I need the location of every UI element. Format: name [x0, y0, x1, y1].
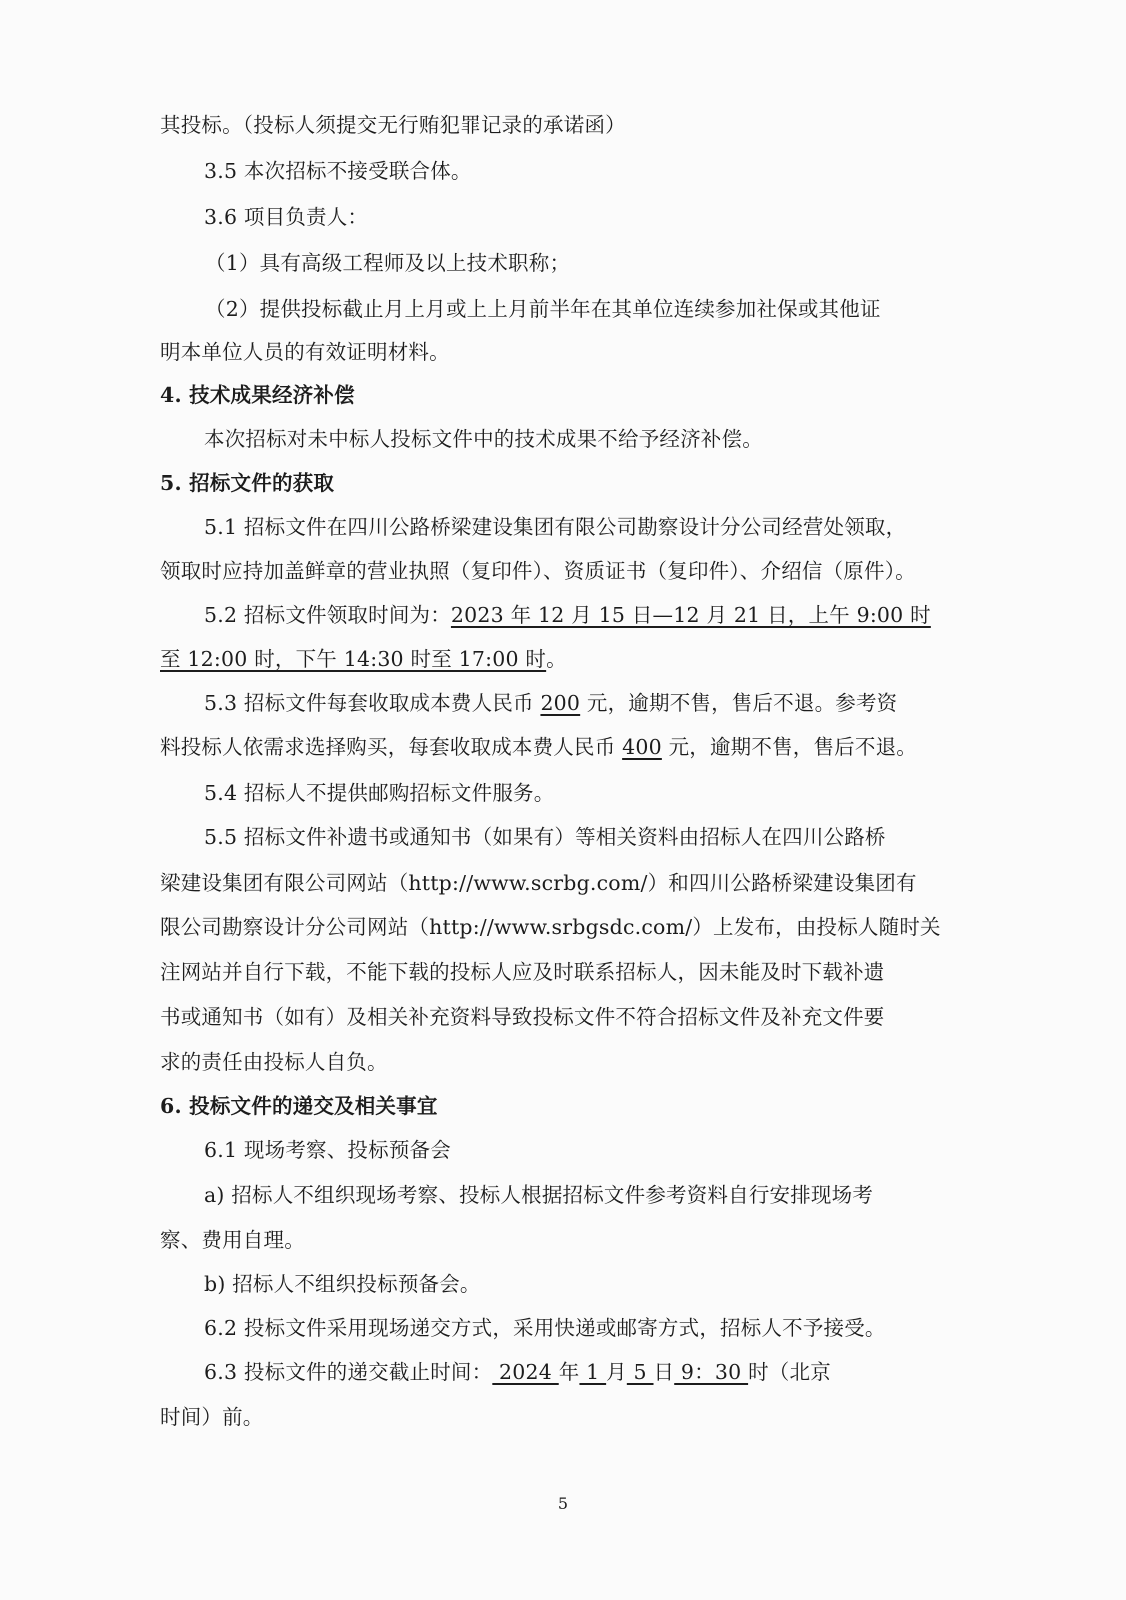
text-line: 限公司勘察设计分公司网站（http://www.srbgsdc.com/）上发布… [160, 913, 950, 941]
text-line: 6.2 投标文件采用现场递交方式，采用快递或邮寄方式，招标人不予接受。 [204, 1314, 994, 1342]
text-line: 6.3 投标文件的递交截止时间： 2024 年 1 月 5 日 9：30 时（北… [204, 1358, 994, 1386]
text-line: 5.2 招标文件领取时间为：2023 年 12 月 15 日—12 月 21 日… [204, 601, 994, 629]
text-line: （1）具有高级工程师及以上技术职称； [205, 249, 995, 277]
text-line: a) 招标人不组织现场考察、投标人根据招标文件参考资料自行安排现场考 [204, 1181, 994, 1209]
text-span: 5.3 招标文件每套收取成本费人民币 [204, 691, 540, 715]
section-heading: 4. 技术成果经济补偿 [160, 381, 950, 409]
text-line: 求的责任由投标人自负。 [160, 1048, 950, 1076]
text-line: 5.1 招标文件在四川公路桥梁建设集团有限公司勘察设计分公司经营处领取， [204, 513, 994, 541]
fee-amount: 400 [622, 735, 662, 759]
text-span: 元，逾期不售，售后不退。 [662, 735, 917, 759]
text-line: 5.3 招标文件每套收取成本费人民币 200 元，逾期不售，售后不退。参考资 [204, 689, 994, 717]
text-line: 6.1 现场考察、投标预备会 [204, 1136, 994, 1164]
text-line: 察、费用自理。 [160, 1226, 950, 1254]
text-span: 年 [559, 1360, 580, 1384]
fee-amount: 200 [540, 691, 580, 715]
text-line: 3.6 项目负责人： [204, 203, 994, 231]
text-span: 日 [654, 1360, 675, 1384]
text-line: 至 12:00 时，下午 14:30 时至 17:00 时。 [160, 645, 950, 673]
underlined-time-range: 至 12:00 时，下午 14:30 时至 17:00 时 [160, 647, 546, 671]
deadline-year: 2024 [492, 1360, 558, 1384]
deadline-day: 5 [627, 1360, 654, 1384]
text-line: b) 招标人不组织投标预备会。 [204, 1270, 994, 1298]
text-span: 6.3 投标文件的递交截止时间： [204, 1360, 492, 1384]
deadline-time: 9：30 [674, 1360, 748, 1384]
text-line: （2）提供投标截止月上月或上上月前半年在其单位连续参加社保或其他证 [205, 295, 995, 323]
section-heading: 5. 招标文件的获取 [160, 469, 950, 497]
text-line: 5.5 招标文件补遗书或通知书（如果有）等相关资料由招标人在四川公路桥 [204, 823, 994, 851]
text-span: 5.2 招标文件领取时间为： [204, 603, 451, 627]
text-line: 时间）前。 [160, 1403, 950, 1431]
text-line: 领取时应持加盖鲜章的营业执照（复印件）、资质证书（复印件）、介绍信（原件）。 [160, 557, 950, 585]
text-span: 。 [546, 647, 567, 671]
text-line: 5.4 招标人不提供邮购招标文件服务。 [204, 779, 994, 807]
text-span: 料投标人依需求选择购买，每套收取成本费人民币 [160, 735, 622, 759]
document-page: 其投标。（投标人须提交无行贿犯罪记录的承诺函） 3.5 本次招标不接受联合体。 … [0, 0, 1126, 1600]
page-number: 5 [0, 1494, 1126, 1513]
section-heading: 6. 投标文件的递交及相关事宜 [160, 1092, 950, 1120]
text-span: 月 [606, 1360, 627, 1384]
text-span: 时（北京 [748, 1360, 831, 1384]
text-span: 元，逾期不售，售后不退。参考资 [580, 691, 897, 715]
text-line: 本次招标对未中标人投标文件中的技术成果不给予经济补偿。 [204, 425, 994, 453]
text-line: 料投标人依需求选择购买，每套收取成本费人民币 400 元，逾期不售，售后不退。 [160, 733, 950, 761]
text-line: 梁建设集团有限公司网站（http://www.scrbg.com/）和四川公路桥… [160, 869, 950, 897]
underlined-date-range: 2023 年 12 月 15 日—12 月 21 日，上午 9:00 时 [451, 603, 931, 627]
text-line: 3.5 本次招标不接受联合体。 [204, 157, 994, 185]
text-line: 明本单位人员的有效证明材料。 [160, 338, 950, 366]
deadline-month: 1 [579, 1360, 606, 1384]
text-line: 书或通知书（如有）及相关补充资料导致投标文件不符合招标文件及补充文件要 [160, 1003, 950, 1031]
text-line: 注网站并自行下载，不能下载的投标人应及时联系招标人，因未能及时下载补遗 [160, 958, 950, 986]
text-line: 其投标。（投标人须提交无行贿犯罪记录的承诺函） [160, 111, 950, 139]
